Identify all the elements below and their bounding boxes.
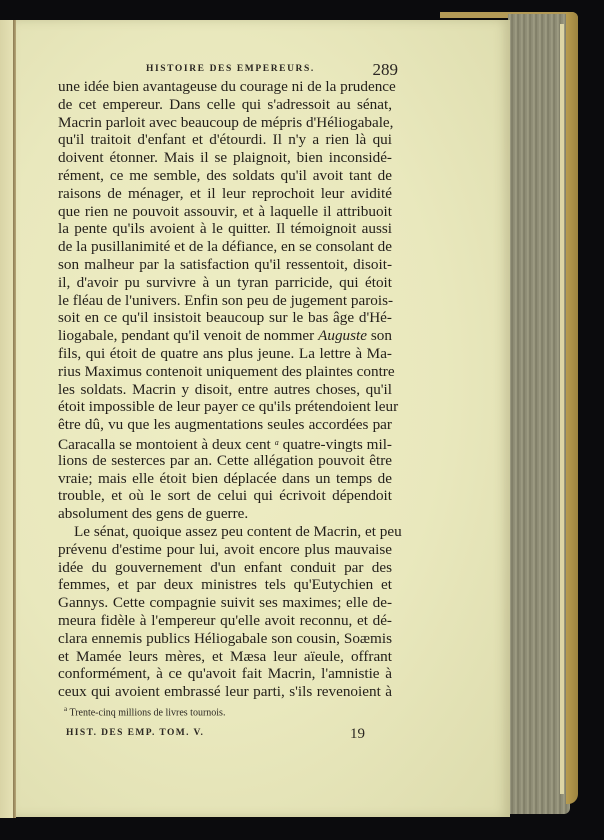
text-line: meura fidèle à l'empereur qu'elle avoit … xyxy=(58,612,392,630)
text-line-with-footnote-ref: Caracalla se montoient à deux cent a qua… xyxy=(58,434,392,452)
gathering-number: 19 xyxy=(350,726,365,743)
text-line: vraie; mais elle étoit bien déplacée dan… xyxy=(58,470,392,488)
paragraph-end-line: absolument des gens de guerre. xyxy=(58,505,392,523)
text-line: une idée bien avantageuse du courage ni … xyxy=(58,78,392,96)
book-scan: HISTOIRE DES EMPEREURS. 289 une idée bie… xyxy=(0,0,604,840)
text-line: trouble, et où le sort de celui qui écri… xyxy=(58,487,392,505)
text-segment: liogabale, pendant qu'il venoit de nomme… xyxy=(58,327,318,344)
printer-signature: HIST. DES EMP. TOM. V. xyxy=(66,728,204,738)
footnote-mark: a xyxy=(64,705,67,713)
text-line: fils, qui étoit de quatre ans plus jeune… xyxy=(58,345,392,363)
text-segment: son xyxy=(367,327,392,344)
footnote-text: Trente-cinq millions de livres tournois. xyxy=(69,707,225,718)
text-line: étoit impossible de leur payer ce qu'ils… xyxy=(58,398,392,416)
text-line: que rien ne pouvoit assouvir, et à laque… xyxy=(58,203,392,221)
italic-word: Auguste xyxy=(318,327,367,344)
text-line-with-italic: liogabale, pendant qu'il venoit de nomme… xyxy=(58,327,392,345)
text-block: HISTOIRE DES EMPEREURS. 289 une idée bie… xyxy=(58,60,392,746)
text-line: Gannys. Cette compagnie suivit ses maxim… xyxy=(58,594,392,612)
left-page-edge xyxy=(0,20,14,818)
text-line: idée du gouvernement d'un enfant conduit… xyxy=(58,559,392,577)
text-line: de la pusillanimité et de la défiance, e… xyxy=(58,238,392,256)
page-block-edge xyxy=(508,14,570,814)
running-head: HISTOIRE DES EMPEREURS. 289 xyxy=(58,60,392,78)
text-line: conformément, à ce qu'avoit fait Macrin,… xyxy=(58,665,392,683)
text-line: soit en ce qu'il insistoit beaucoup sur … xyxy=(58,309,392,327)
text-line: et Mamée leurs mères, et Mæsa leur aïeul… xyxy=(58,648,392,666)
paragraph-start-line: Le sénat, quoique assez peu content de M… xyxy=(58,523,392,541)
text-line: doivent étonner. Mais il se plaignoit, b… xyxy=(58,149,392,167)
text-line: prévenu d'estime pour lui, avoit encore … xyxy=(58,541,392,559)
running-title: HISTOIRE DES EMPEREURS. xyxy=(146,64,315,74)
text-line: Macrin parloit avec beaucoup de mépris d… xyxy=(58,114,392,132)
text-line: les soldats. Macrin y disoit, entre autr… xyxy=(58,381,392,399)
footnote: a Trente-cinq millions de livres tournoi… xyxy=(58,705,392,718)
text-line: qu'il traitoit d'enfant et d'étourdi. Il… xyxy=(58,131,392,149)
text-line: ceux qui avoient embrassé leur parti, s'… xyxy=(58,683,392,701)
text-segment: quatre-vingts mil- xyxy=(279,436,392,453)
text-line: de cet empereur. Dans celle qui s'adress… xyxy=(58,96,392,114)
text-line: son malheur par la satisfaction qu'il re… xyxy=(58,256,392,274)
text-line: le fléau de l'univers. Enfin son peu de … xyxy=(58,292,392,310)
text-segment: Caracalla se montoient à deux cent xyxy=(58,436,275,453)
text-line: la pente qu'ils avoient à le quitter. Il… xyxy=(58,220,392,238)
text-line: rément, ce me semble, des soldats qu'il … xyxy=(58,167,392,185)
signature-row: HIST. DES EMP. TOM. V. 19 xyxy=(58,726,392,746)
text-line: être dû, vu que les augmentations seules… xyxy=(58,416,392,434)
text-line: lions de sesterces par an. Cette allégat… xyxy=(58,452,392,470)
text-line: rius Maximus contenoit uniquement des pl… xyxy=(58,363,392,381)
text-line: il, d'avoir pu survivre à un tyran parri… xyxy=(58,274,392,292)
cover-edge xyxy=(566,12,578,804)
page-number: 289 xyxy=(373,60,399,80)
text-line: raisons de ménager, et il leur reprochoi… xyxy=(58,185,392,203)
body-text: une idée bien avantageuse du courage ni … xyxy=(58,78,392,701)
text-line: femmes, et par deux ministres tels qu'Eu… xyxy=(58,576,392,594)
text-line: clara ennemis publics Héliogabale son co… xyxy=(58,630,392,648)
